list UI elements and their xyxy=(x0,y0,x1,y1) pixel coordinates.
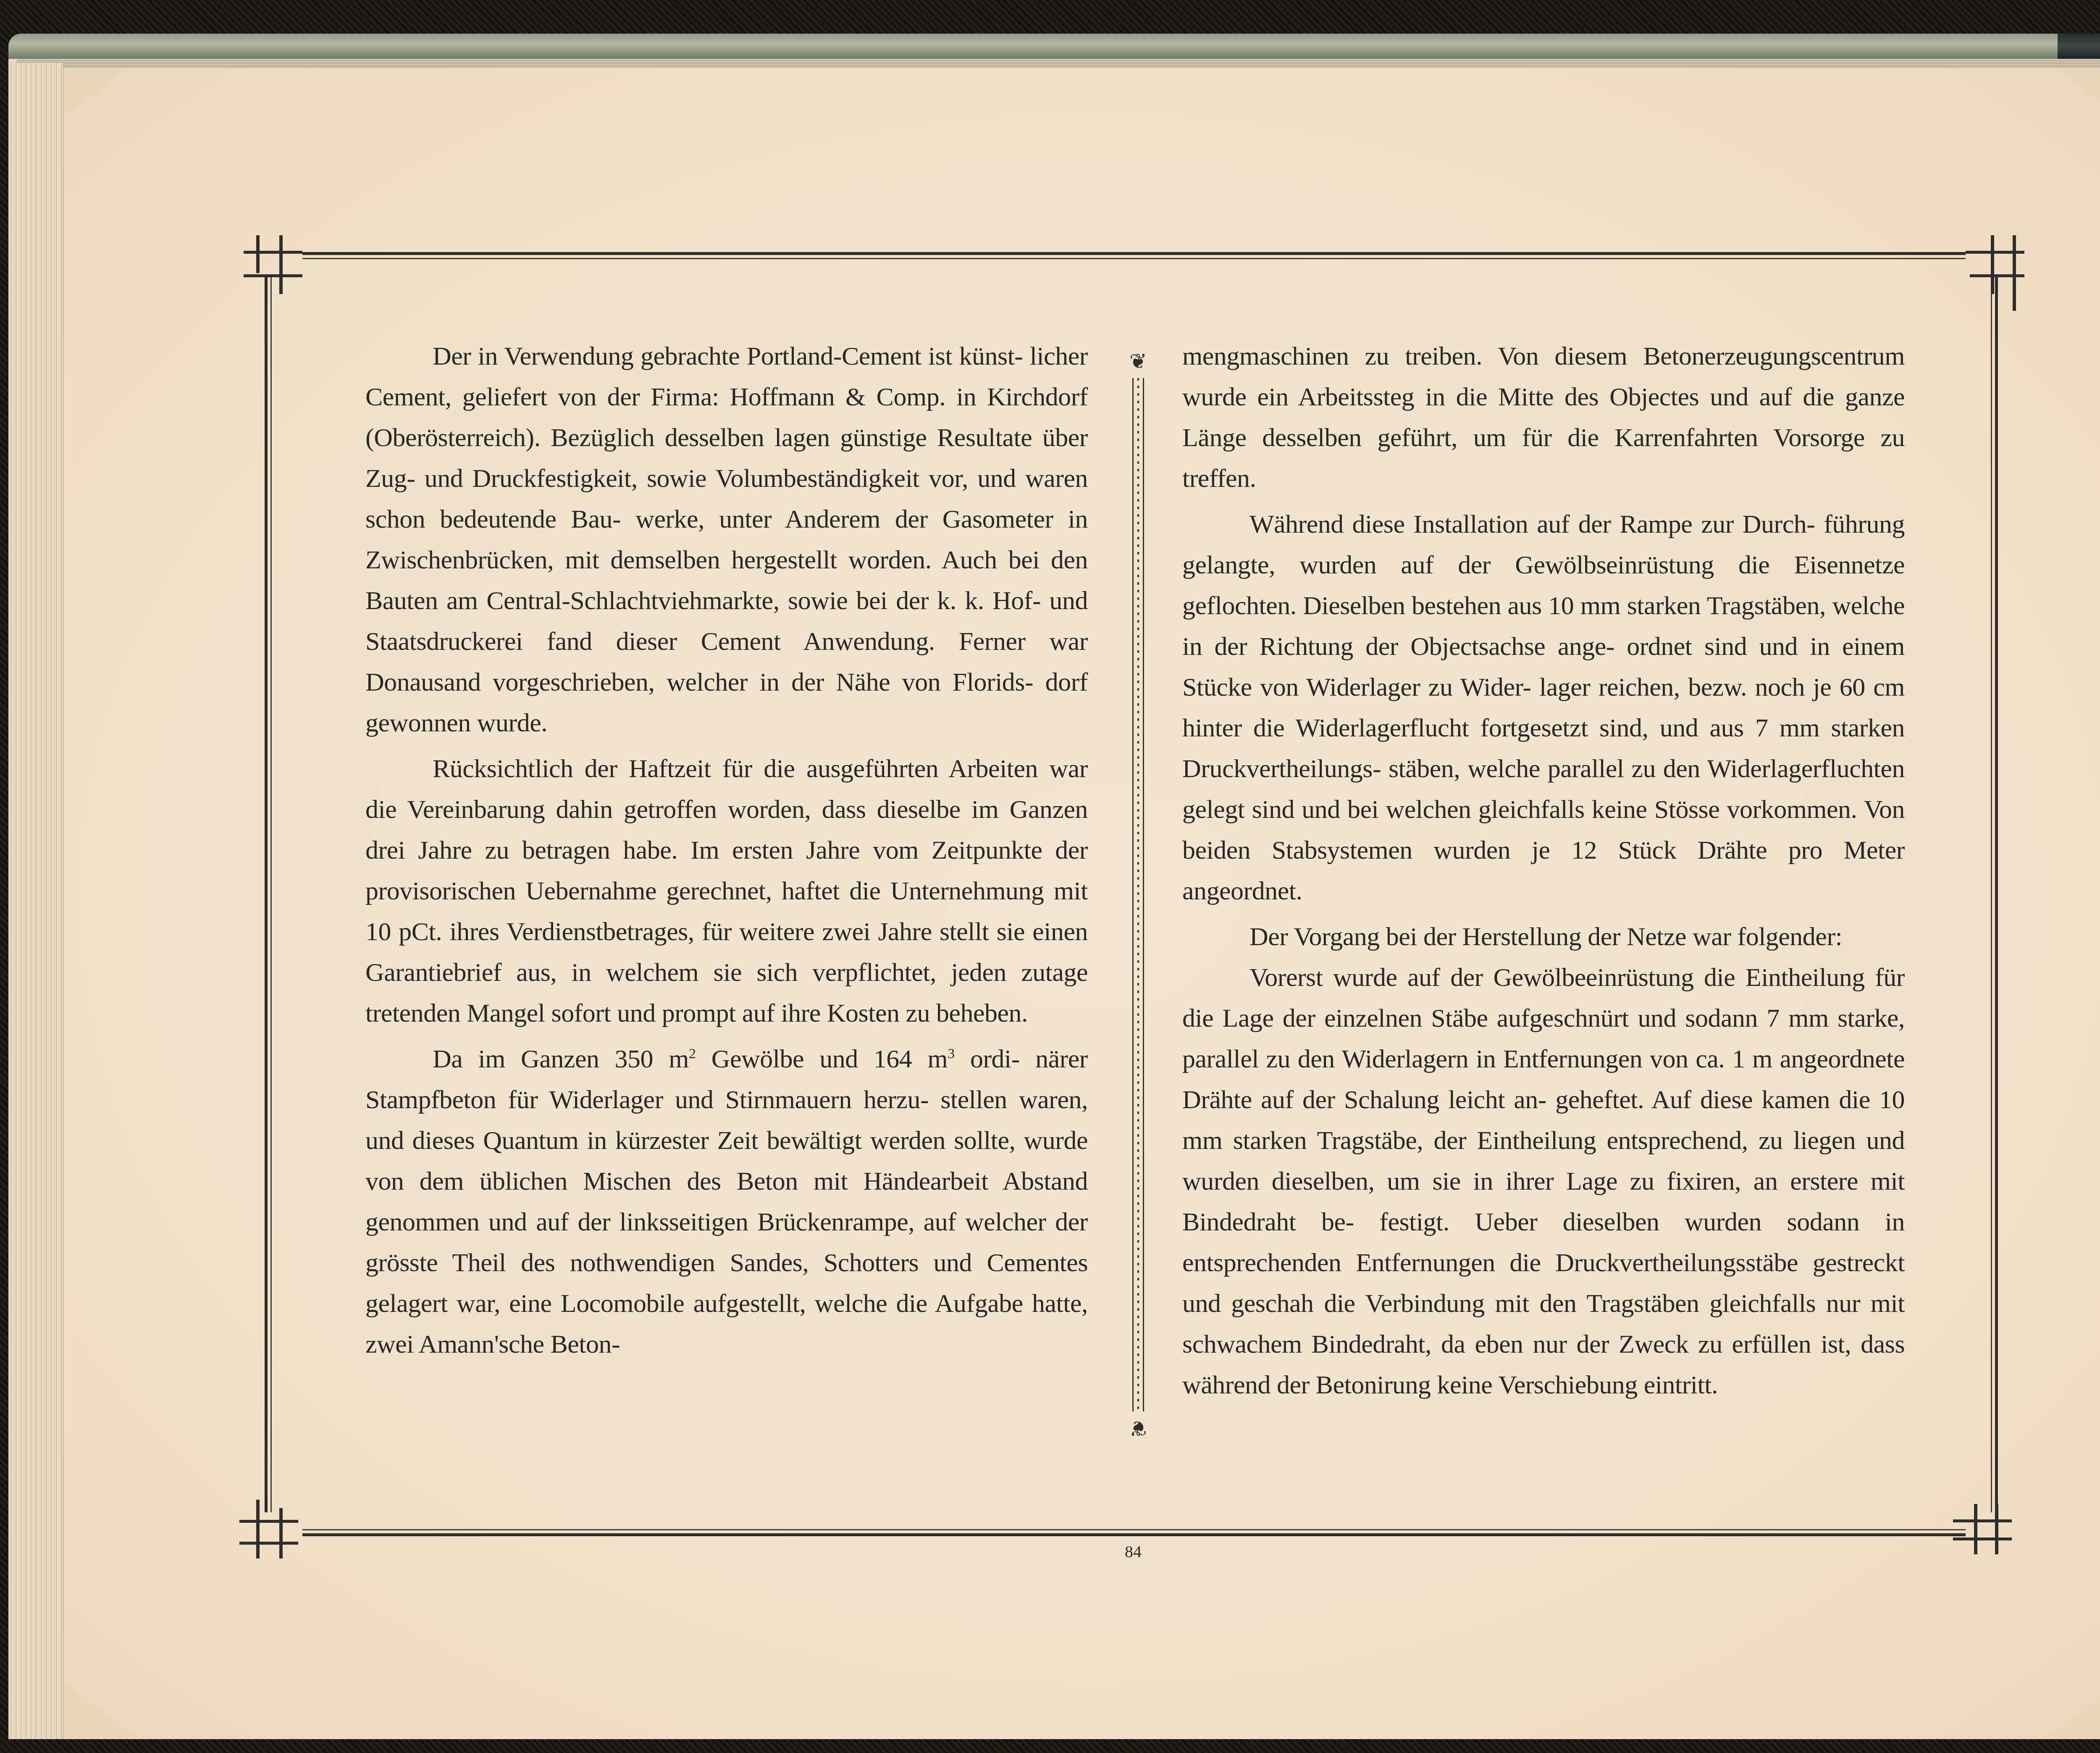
paragraph-cement: Der in Verwendung gebrachte Portland-Cem… xyxy=(365,336,1088,744)
column-divider: ❦ ❦ xyxy=(1129,344,1147,1445)
divider-line-right xyxy=(1143,378,1144,1411)
divider-line-left xyxy=(1132,378,1134,1411)
left-rule-thick xyxy=(265,277,268,1512)
text-line: Der Vorgang bei der Herstellung der Netz… xyxy=(1249,922,1842,951)
left-text-column: Der in Verwendung gebrachte Portland-Cem… xyxy=(365,336,1088,1365)
paragraph-vorgang: Der Vorgang bei der Herstellung der Netz… xyxy=(1182,917,1905,957)
fleuron-bottom-icon: ❦ xyxy=(1129,1411,1147,1445)
text-fragment: ordi- xyxy=(955,1045,1020,1073)
text-fragment: Da im Ganzen 350 m xyxy=(433,1045,689,1073)
right-rule-thick xyxy=(1995,277,1998,1512)
text-line: mengmaschinen zu treiben. Von diesem Bet… xyxy=(1182,342,1905,371)
left-rule-thin xyxy=(270,277,272,1512)
right-rule-thin xyxy=(1991,277,1992,1512)
text-line: wurde ein Arbeitssteg in die Mitte des O… xyxy=(1182,383,1834,411)
top-rule-thin xyxy=(302,258,1966,259)
page-stack-top-edges xyxy=(17,59,2100,68)
divider-dotted-line xyxy=(1137,378,1139,1411)
paragraph-haftzeit: Rücksichtlich der Haftzeit für die ausge… xyxy=(365,749,1088,1034)
book-cover-top-edge xyxy=(8,34,2100,59)
right-text-column: mengmaschinen zu treiben. Von diesem Bet… xyxy=(1182,336,1905,1406)
paragraph-installation: Während diese Installation auf der Rampe… xyxy=(1182,504,1905,912)
text-line: Central-Schlachtviehmarkte, sowie bei de… xyxy=(486,586,1088,615)
top-rule-thick xyxy=(302,252,1966,255)
text-line: schwachem Bindedraht, da eben nur der Zw… xyxy=(1182,1330,1811,1359)
text-fragment: Gewölbe und 164 m xyxy=(696,1045,948,1073)
bottom-rule-thick xyxy=(302,1533,1966,1536)
text-line: Stabsystemen wurden je 12 Stück Drähte p… xyxy=(1182,836,1905,905)
text-line: Rücksichtlich der Haftzeit für die ausge… xyxy=(433,754,1038,783)
text-line: sofort und prompt auf ihre Kosten zu beh… xyxy=(551,999,1028,1028)
corner-ornament-bottom-left-icon xyxy=(239,1500,307,1567)
paragraph-quantum: Da im Ganzen 350 m2 Gewölbe und 164 m3 o… xyxy=(365,1039,1088,1365)
text-line: Donausand vorgeschrieben, welcher in der… xyxy=(365,668,1033,696)
text-line: Der in Verwendung gebrachte Portland-Cem… xyxy=(433,342,1023,371)
page-stack-left-edges xyxy=(8,63,63,1739)
paragraph-vorerst: Vorerst wurde auf der Gewölbeeinrüstung … xyxy=(1182,957,1905,1406)
corner-ornament-top-left-icon xyxy=(244,235,311,302)
superscript: 2 xyxy=(689,1046,696,1062)
paragraph-continuation: mengmaschinen zu treiben. Von diesem Bet… xyxy=(1182,336,1905,499)
page-number: 84 xyxy=(1121,1542,1146,1561)
text-line: Vorerst wurde auf der Gewölbeeinrüstung … xyxy=(1249,963,1865,992)
bottom-rule-thin xyxy=(302,1529,1966,1530)
book-cover-corner xyxy=(2058,34,2100,59)
text-line: Staatsdruckerei fand dieser Cement Anwen… xyxy=(365,627,1088,656)
superscript: 3 xyxy=(948,1046,955,1062)
fleuron-top-icon: ❦ xyxy=(1129,344,1147,378)
text-line: die Verbindung mit den Tragstäben gleich… xyxy=(1324,1289,1905,1318)
text-line: Während diese Installation auf der Rampe… xyxy=(1249,510,1815,539)
corner-ornament-top-right-icon xyxy=(1966,235,2033,302)
corner-ornament-bottom-right-icon xyxy=(1953,1504,2020,1571)
